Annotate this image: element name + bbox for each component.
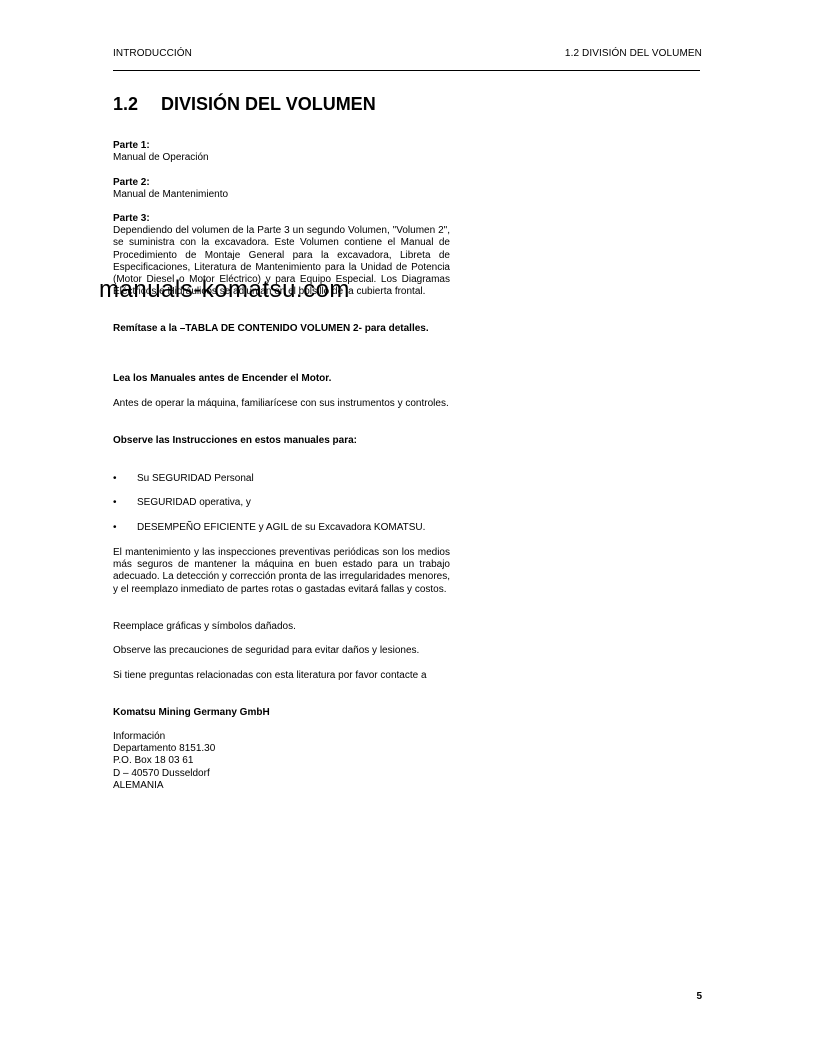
before-operating-text: Antes de operar la máquina, familiaríces… xyxy=(113,398,450,410)
watermark: manuals-komatsu.com xyxy=(99,276,350,304)
part-label: Parte 1: xyxy=(113,140,450,152)
address-block: Información Departamento 8151.30 P.O. Bo… xyxy=(113,731,450,792)
read-manuals-heading: Lea los Manuales antes de Encender el Mo… xyxy=(113,373,450,385)
address-line: Departamento 8151.30 xyxy=(113,743,450,755)
contact-paragraph: Si tiene preguntas relacionadas con esta… xyxy=(113,670,450,682)
bullet-icon: • xyxy=(113,473,117,484)
bullet-icon: • xyxy=(113,497,117,508)
running-header-chapter: 1.2 DIVISIÓN DEL VOLUMEN xyxy=(565,48,702,59)
part-label: Parte 3: xyxy=(113,213,450,225)
company-name: Komatsu Mining Germany GmbH xyxy=(113,707,450,719)
replace-paragraph: Reemplace gráficas y símbolos dañados. xyxy=(113,621,450,633)
part-2: Parte 2: Manual de Mantenimiento xyxy=(113,177,450,201)
address-line: Información xyxy=(113,731,450,743)
section-title: DIVISIÓN DEL VOLUMEN xyxy=(161,94,376,114)
part-text: Manual de Mantenimiento xyxy=(113,189,450,201)
running-header-section: INTRODUCCIÓN xyxy=(113,48,192,59)
bullet-icon: • xyxy=(113,522,117,533)
page-title: 1.2DIVISIÓN DEL VOLUMEN xyxy=(113,94,376,115)
part-label: Parte 2: xyxy=(113,177,450,189)
part-1: Parte 1: Manual de Operación xyxy=(113,140,450,164)
precautions-paragraph: Observe las precauciones de seguridad pa… xyxy=(113,645,450,657)
section-number: 1.2 xyxy=(113,94,161,115)
header-rule xyxy=(113,70,700,71)
part-text: Manual de Operación xyxy=(113,152,450,164)
address-line: P.O. Box 18 03 61 xyxy=(113,755,450,767)
address-line: D – 40570 Dusseldorf xyxy=(113,768,450,780)
maintenance-paragraph: El mantenimiento y las inspecciones prev… xyxy=(113,547,450,596)
refer-note: Remítase a la –TABLA DE CONTENIDO VOLUME… xyxy=(113,323,450,335)
observe-heading: Observe las Instrucciones en estos manua… xyxy=(113,435,450,447)
page-number: 5 xyxy=(696,991,702,1002)
address-line: ALEMANIA xyxy=(113,780,450,792)
